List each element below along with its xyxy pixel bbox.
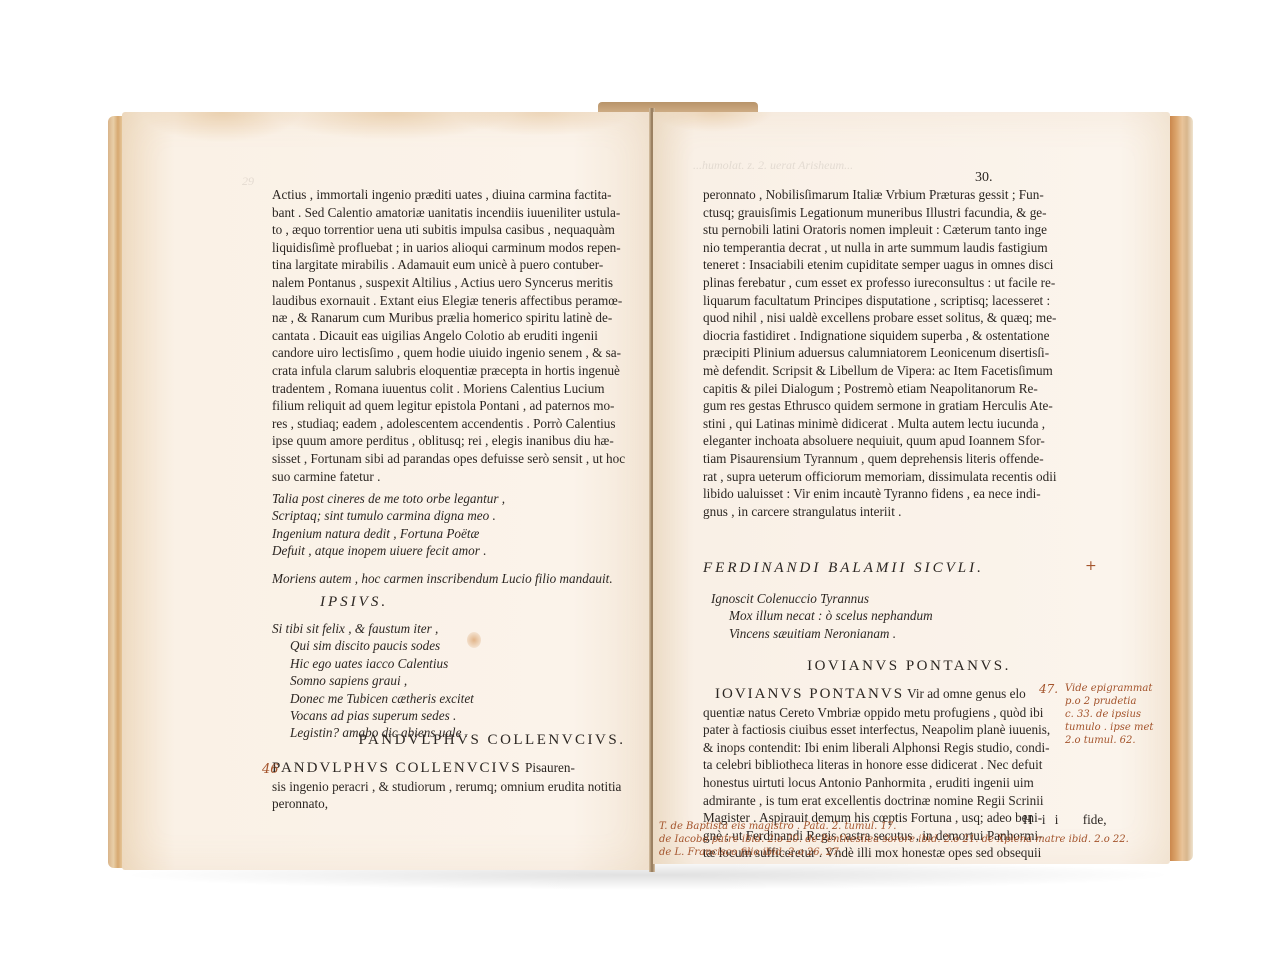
text-line: crata infula clarum salubris eloquentiæ … — [272, 362, 712, 380]
verse-line: Talia post cineres de me toto orbe legan… — [272, 490, 692, 507]
section-lead-rest: Pisauren- — [522, 760, 575, 775]
text-line: ctusq; grauisſimis Legationum muneribus … — [703, 204, 1115, 222]
verse-line: Somno sapiens graui , — [272, 672, 672, 689]
right-page: ...humolat. z. 2. uerat Arisheum... 30. … — [653, 112, 1170, 864]
epitaph-verse: Talia post cineres de me toto orbe legan… — [272, 490, 692, 560]
text-line: quentiæ natus Cereto Vmbriæ oppido metu … — [703, 704, 1115, 722]
text-line: liquarum facultatum Principes disputatio… — [703, 292, 1115, 310]
annotation-line: T. de Baptista eis magistro . Pata. 2. t… — [659, 820, 1179, 833]
ferdinandi-verse: Ignoscit Colenuccio TyrannusMox illum ne… — [711, 590, 1091, 642]
bottom-handwritten-annotation: T. de Baptista eis magistro . Pata. 2. t… — [659, 820, 1179, 859]
section-lines: sis ingenio peracri , & studiorum , reru… — [272, 778, 712, 796]
text-line: sisset , Fortunam sibi ad parandas opes … — [272, 450, 712, 468]
epitaph: Talia post cineres de me toto orbe legan… — [272, 490, 692, 587]
text-line: libido ualuisset : Vir enim incautè Tyra… — [703, 485, 1115, 503]
margin-cross: + — [1085, 560, 1097, 573]
epitaph-note: Moriens autem , hoc carmen inscribendum … — [272, 570, 692, 587]
verse-line: Qui sim discito paucis sodes — [272, 637, 672, 654]
annotation-line: 2.o tumul. 62. — [1065, 734, 1165, 747]
text-line: ta celebri bibliotheca literas in honore… — [703, 756, 1115, 774]
faint-page-number: 29 — [242, 174, 254, 189]
ipsius-heading-wrap: IPSIVS. — [320, 594, 500, 611]
text-line: gnus , in carcere strangulatus interiit … — [703, 503, 1115, 521]
verse-line: Ingenium natura dedit , Fortuna Poëtæ — [272, 525, 692, 542]
text-line: honestus uirtuti locus Antonio Panhormit… — [703, 774, 1115, 792]
section-heading: PANDVLPHVS COLLENVCIVS. — [272, 732, 712, 749]
section-lead-rest: Vir ad omne genus elo — [904, 686, 1026, 701]
text-line: laudibus exornauit . Extant eius Elegiæ … — [272, 292, 712, 310]
text-line: filium reliquit ad quem legitur epistola… — [272, 397, 712, 415]
page-number: 30. — [975, 170, 993, 186]
catchword: peronnato, — [272, 795, 712, 813]
ipsius-heading: IPSIVS. — [320, 594, 500, 611]
text-line: tradentem , Romana iuuentus colit . Mori… — [272, 380, 712, 398]
verse-line: Vocans ad pias superum sedes . — [272, 707, 672, 724]
verse-line: Vincens sæuitiam Neronianam . — [711, 625, 1091, 642]
margin-number: 47. — [1039, 683, 1058, 696]
collenucius-section: PANDVLPHVS COLLENVCIVS. PANDVLPHVS COLLE… — [272, 732, 712, 813]
text-line: cantata . Dicauit eas uigilias Angelo Co… — [272, 327, 712, 345]
text-line: eleganter inchoata absoluere nequiuit, q… — [703, 432, 1115, 450]
text-line: stu pernobili latini Oratoris nomen impl… — [703, 221, 1115, 239]
annotation-line: de L. Francisco filio ibid. 2.o 26. 27. — [659, 846, 1179, 859]
ferdinandi-verse-block: Ignoscit Colenuccio TyrannusMox illum ne… — [711, 590, 1091, 642]
text-line: pater à factiosis ciuibus esset interfec… — [703, 721, 1115, 739]
text-line: sis ingenio peracri , & studiorum , reru… — [272, 778, 712, 796]
text-line: stini , qui Latinas minimè didicerat . M… — [703, 415, 1115, 433]
section-lead-caps: IOVIANVS PONTANVS — [715, 686, 904, 702]
annotation-line: de Iacobo patre ibid. 2.o 20. de Penthes… — [659, 833, 1179, 846]
verse-line: Ignoscit Colenuccio Tyrannus — [711, 590, 1091, 607]
text-line: bant . Sed Calentio amatoriæ uanitatis i… — [272, 204, 712, 222]
text-line: candore uiro lectisſimo , quem hodie uiu… — [272, 344, 712, 362]
right-page-edges — [1169, 116, 1193, 861]
verse-line: Si tibi sit felix , & faustum iter , — [272, 620, 672, 637]
left-prose: Actius , immortali ingenio præditi uates… — [272, 186, 712, 485]
ferdinandi-heading-wrap: FERDINANDI BALAMII SICVLI. — [703, 560, 1115, 577]
text-line: tiam Pisaurensium Tyrannum , quem depreh… — [703, 450, 1115, 468]
text-line: & inops contendit: Ibi enim liberali Alp… — [703, 739, 1115, 757]
text-line: diocria fastidiret . Indignatione siquid… — [703, 327, 1115, 345]
ipsius-verse-block: Si tibi sit felix , & faustum iter ,Qui … — [272, 620, 672, 742]
verse-line: Hic ego uates iacco Calentius — [272, 655, 672, 672]
verse-line: Defuit , atque inopem uiuere fecit amor … — [272, 542, 692, 559]
faint-bleed-annotation: ...humolat. z. 2. uerat Arisheum... — [693, 158, 853, 173]
section-lead-caps: PANDVLPHVS COLLENVCIVS — [272, 760, 522, 776]
text-line: nio temperantia decrat , ut nulla in art… — [703, 239, 1115, 257]
annotation-line: tumulo . ipse met — [1065, 721, 1165, 734]
annotation-line: c. 33. de ipsius — [1065, 708, 1165, 721]
text-line: præcipiti Plinium aduersus calumniatorem… — [703, 344, 1115, 362]
text-line: to , æquo torrentior uena uti subitis im… — [272, 221, 712, 239]
ipsius-verse: Si tibi sit felix , & faustum iter ,Qui … — [272, 620, 672, 742]
annotation-line: Vide epigrammat — [1065, 682, 1165, 695]
left-prose-block: Actius , immortali ingenio præditi uates… — [272, 186, 712, 485]
ferdinandi-heading: FERDINANDI BALAMII SICVLI. — [703, 560, 1115, 577]
text-line: plinas ferebatur , cum esset ex professo… — [703, 274, 1115, 292]
verse-line: Mox illum necat : ò scelus nephandum — [711, 607, 1091, 624]
right-prose-block: peronnato , Nobilisſimarum Italiæ Vrbium… — [703, 186, 1115, 520]
margin-note: Vide epigrammatp.o 2 prudetiac. 33. de i… — [1065, 682, 1165, 747]
left-page: 29 Actius , immortali ingenio præditi ua… — [122, 112, 652, 870]
text-line: rat , supra ueterum officiorum memoriam,… — [703, 468, 1115, 486]
verse-line: Donec me Tubicen cætheris excitet — [272, 690, 672, 707]
text-line: ipse quum amore perditus , oblitusq; rei… — [272, 432, 712, 450]
text-line: peronnato , Nobilisſimarum Italiæ Vrbium… — [703, 186, 1115, 204]
margin-number: 46 — [262, 763, 279, 776]
text-line: Actius , immortali ingenio præditi uates… — [272, 186, 712, 204]
text-line: capitis & pilei Dialogum ; Postremò etia… — [703, 380, 1115, 398]
annotation-line: p.o 2 prudetia — [1065, 695, 1165, 708]
text-line: res , studiaq; eadem , adolescentem acce… — [272, 415, 712, 433]
right-prose: peronnato , Nobilisſimarum Italiæ Vrbium… — [703, 186, 1115, 520]
text-line: suo carmine fatetur . — [272, 468, 712, 486]
text-line: admirante , is tum erat excellentis doct… — [703, 792, 1115, 810]
text-line: gum res gestas Ethrusco quidem sermone i… — [703, 397, 1115, 415]
text-line: mè defendit. Scripsit & Libellum de Vipe… — [703, 362, 1115, 380]
text-line: næ , & Ranarum cum Muribus prælia homeri… — [272, 309, 712, 327]
text-line: quod nihil , nisi ualdè excellens probar… — [703, 309, 1115, 327]
open-book: 29 Actius , immortali ingenio præditi ua… — [108, 102, 1193, 880]
verse-line: Scriptaq; sint tumulo carmina digna meo … — [272, 507, 692, 524]
text-line: liquidisſimè profluebat ; in uarios alio… — [272, 239, 712, 257]
text-line: tina largitate mirabilis . Adamauit eum … — [272, 256, 712, 274]
text-line: teneret : Insaciabili etenim cupiditate … — [703, 256, 1115, 274]
section-heading: IOVIANVS PONTANVS. — [703, 658, 1115, 675]
text-line: nalem Pontanus , suspexit Altilius , Act… — [272, 274, 712, 292]
section-lead: PANDVLPHVS COLLENVCIVS Pisauren- — [272, 759, 712, 778]
